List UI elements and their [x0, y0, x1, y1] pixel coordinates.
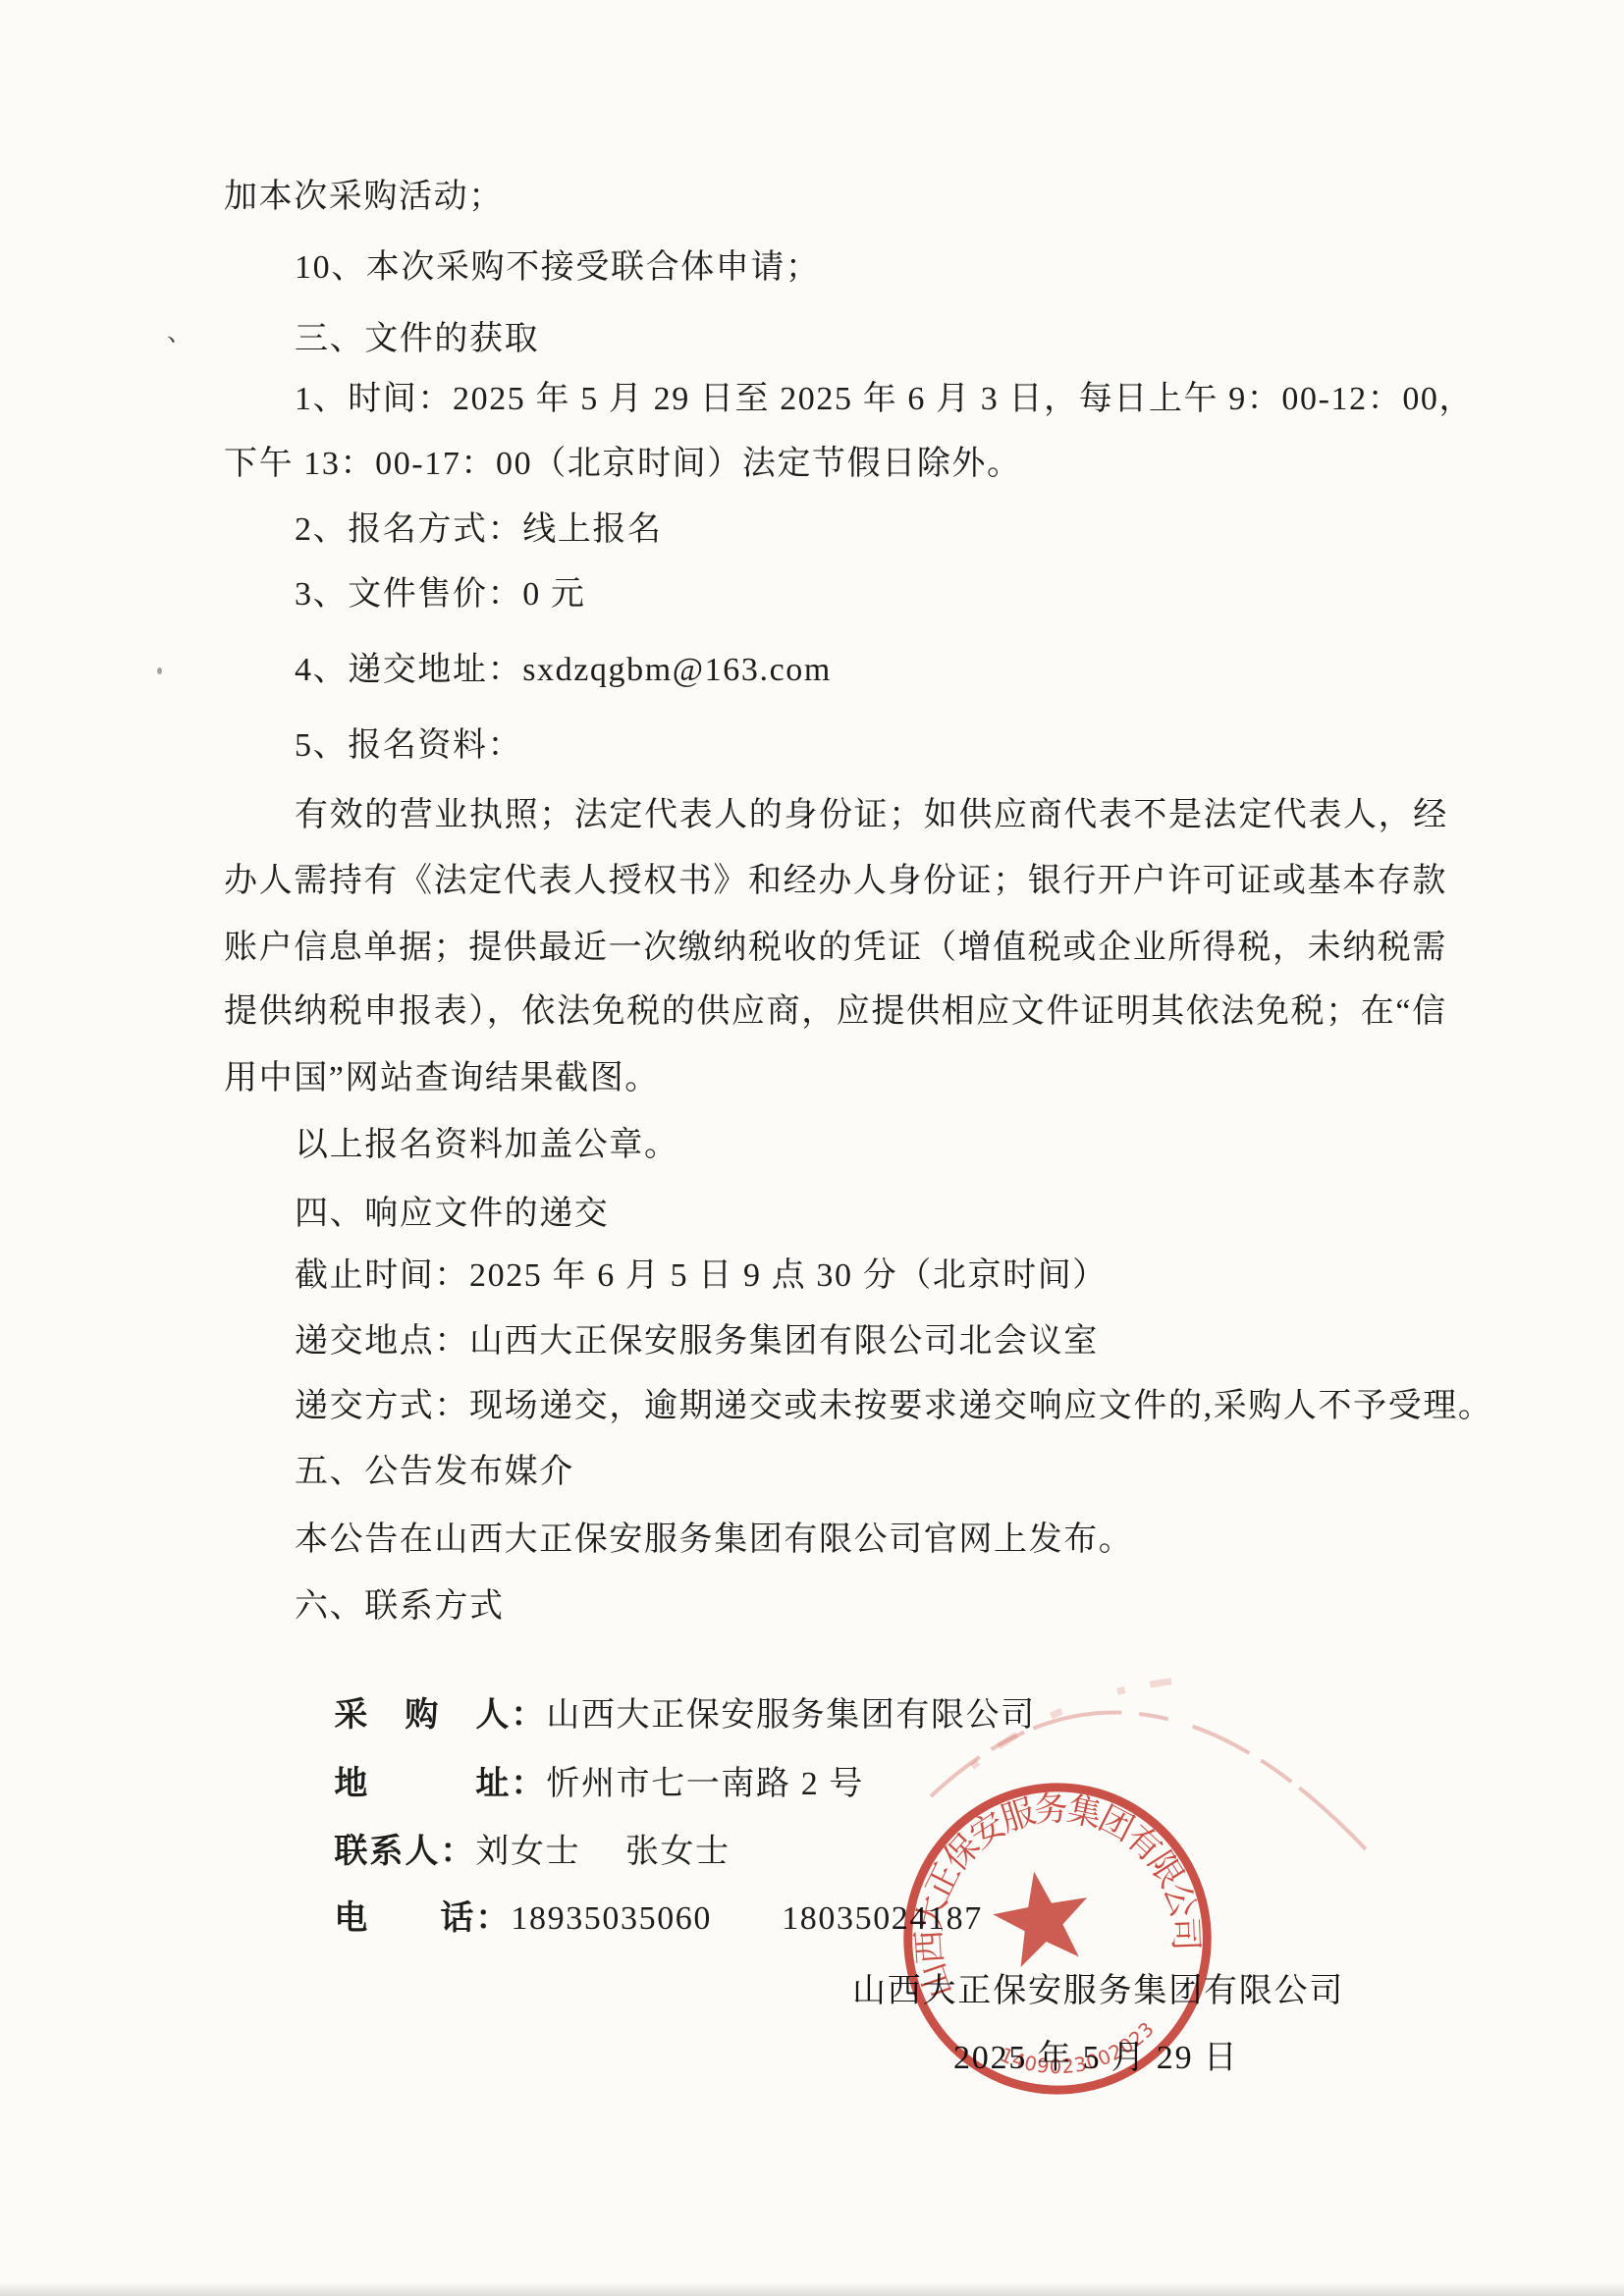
line-obtain-time: 1、时间：2025 年 5 月 29 日至 2025 年 6 月 3 日，每日上… — [295, 379, 1474, 420]
phone-label: 电 话： — [334, 1899, 511, 1937]
scan-speck — [157, 667, 162, 674]
line-submit-place: 递交地点：山西大正保安服务集团有限公司北会议室 — [295, 1321, 1099, 1362]
line-join-activity: 加本次采购活动； — [224, 177, 504, 218]
para-materials-4: 提供纳税申报表），依法免税的供应商，应提供相应文件证明其依法免税；在“信 — [224, 991, 1447, 1033]
line-doc-price: 3、文件售价：0 元 — [295, 574, 586, 615]
line-deadline: 截止时间：2025 年 6 月 5 日 9 点 30 分（北京时间） — [295, 1255, 1108, 1297]
heading-section-4: 四、响应文件的递交 — [295, 1194, 609, 1235]
line-seal-note: 以上报名资料加盖公章。 — [295, 1125, 679, 1166]
document-page: 加本次采购活动； 10、本次采购不接受联合体申请； 三、文件的获取 1、时间：2… — [0, 0, 1624, 2296]
heading-section-6: 六、联系方式 — [295, 1586, 505, 1628]
heading-section-5: 五、公告发布媒介 — [295, 1452, 574, 1493]
line-obtain-time-cont: 下午 13：00-17：00（北京时间）法定节假日除外。 — [224, 444, 1022, 485]
line-phone: 电 话：18935035060 18035024187 — [295, 1856, 983, 1981]
seal-company-arc-text: 山西大正保安服务集团有限公司 — [893, 1773, 1209, 2003]
line-register-method: 2、报名方式：线上报名 — [295, 509, 663, 551]
line-register-materials: 5、报名资料： — [295, 725, 522, 767]
scan-stray-comma: 、 — [167, 312, 192, 348]
seal-star-icon — [987, 1863, 1097, 1970]
para-materials-5: 用中国”网站查询结果截图。 — [224, 1058, 660, 1099]
line-submit-method: 递交方式：现场递交，逾期递交或未按要求递交响应文件的,采购人不予受理。 — [295, 1386, 1493, 1427]
para-materials-2: 办人需持有《法定代表人授权书》和经办人身份证；银行开户许可证或基本存款 — [224, 861, 1447, 902]
line-submit-email: 4、递交地址：sxdzqgbm@163.com — [295, 650, 832, 691]
company-seal-stamp: 山西大正保安服务集团有限公司 1409023002023 — [893, 1773, 1221, 2105]
para-materials-3: 账户信息单据；提供最近一次缴纳税收的凭证（增值税或企业所得税，未纳税需 — [224, 928, 1447, 969]
para-materials-1: 有效的营业执照；法定代表人的身份证；如供应商代表不是法定代表人，经 — [295, 795, 1448, 836]
line-publish-media: 本公告在山西大正保安服务集团有限公司官网上发布。 — [295, 1520, 1133, 1561]
seal-code-arc-text: 1409023002023 — [994, 2015, 1164, 2090]
line-item-10: 10、本次采购不接受联合体申请； — [295, 247, 821, 289]
heading-section-3: 三、文件的获取 — [295, 319, 539, 360]
